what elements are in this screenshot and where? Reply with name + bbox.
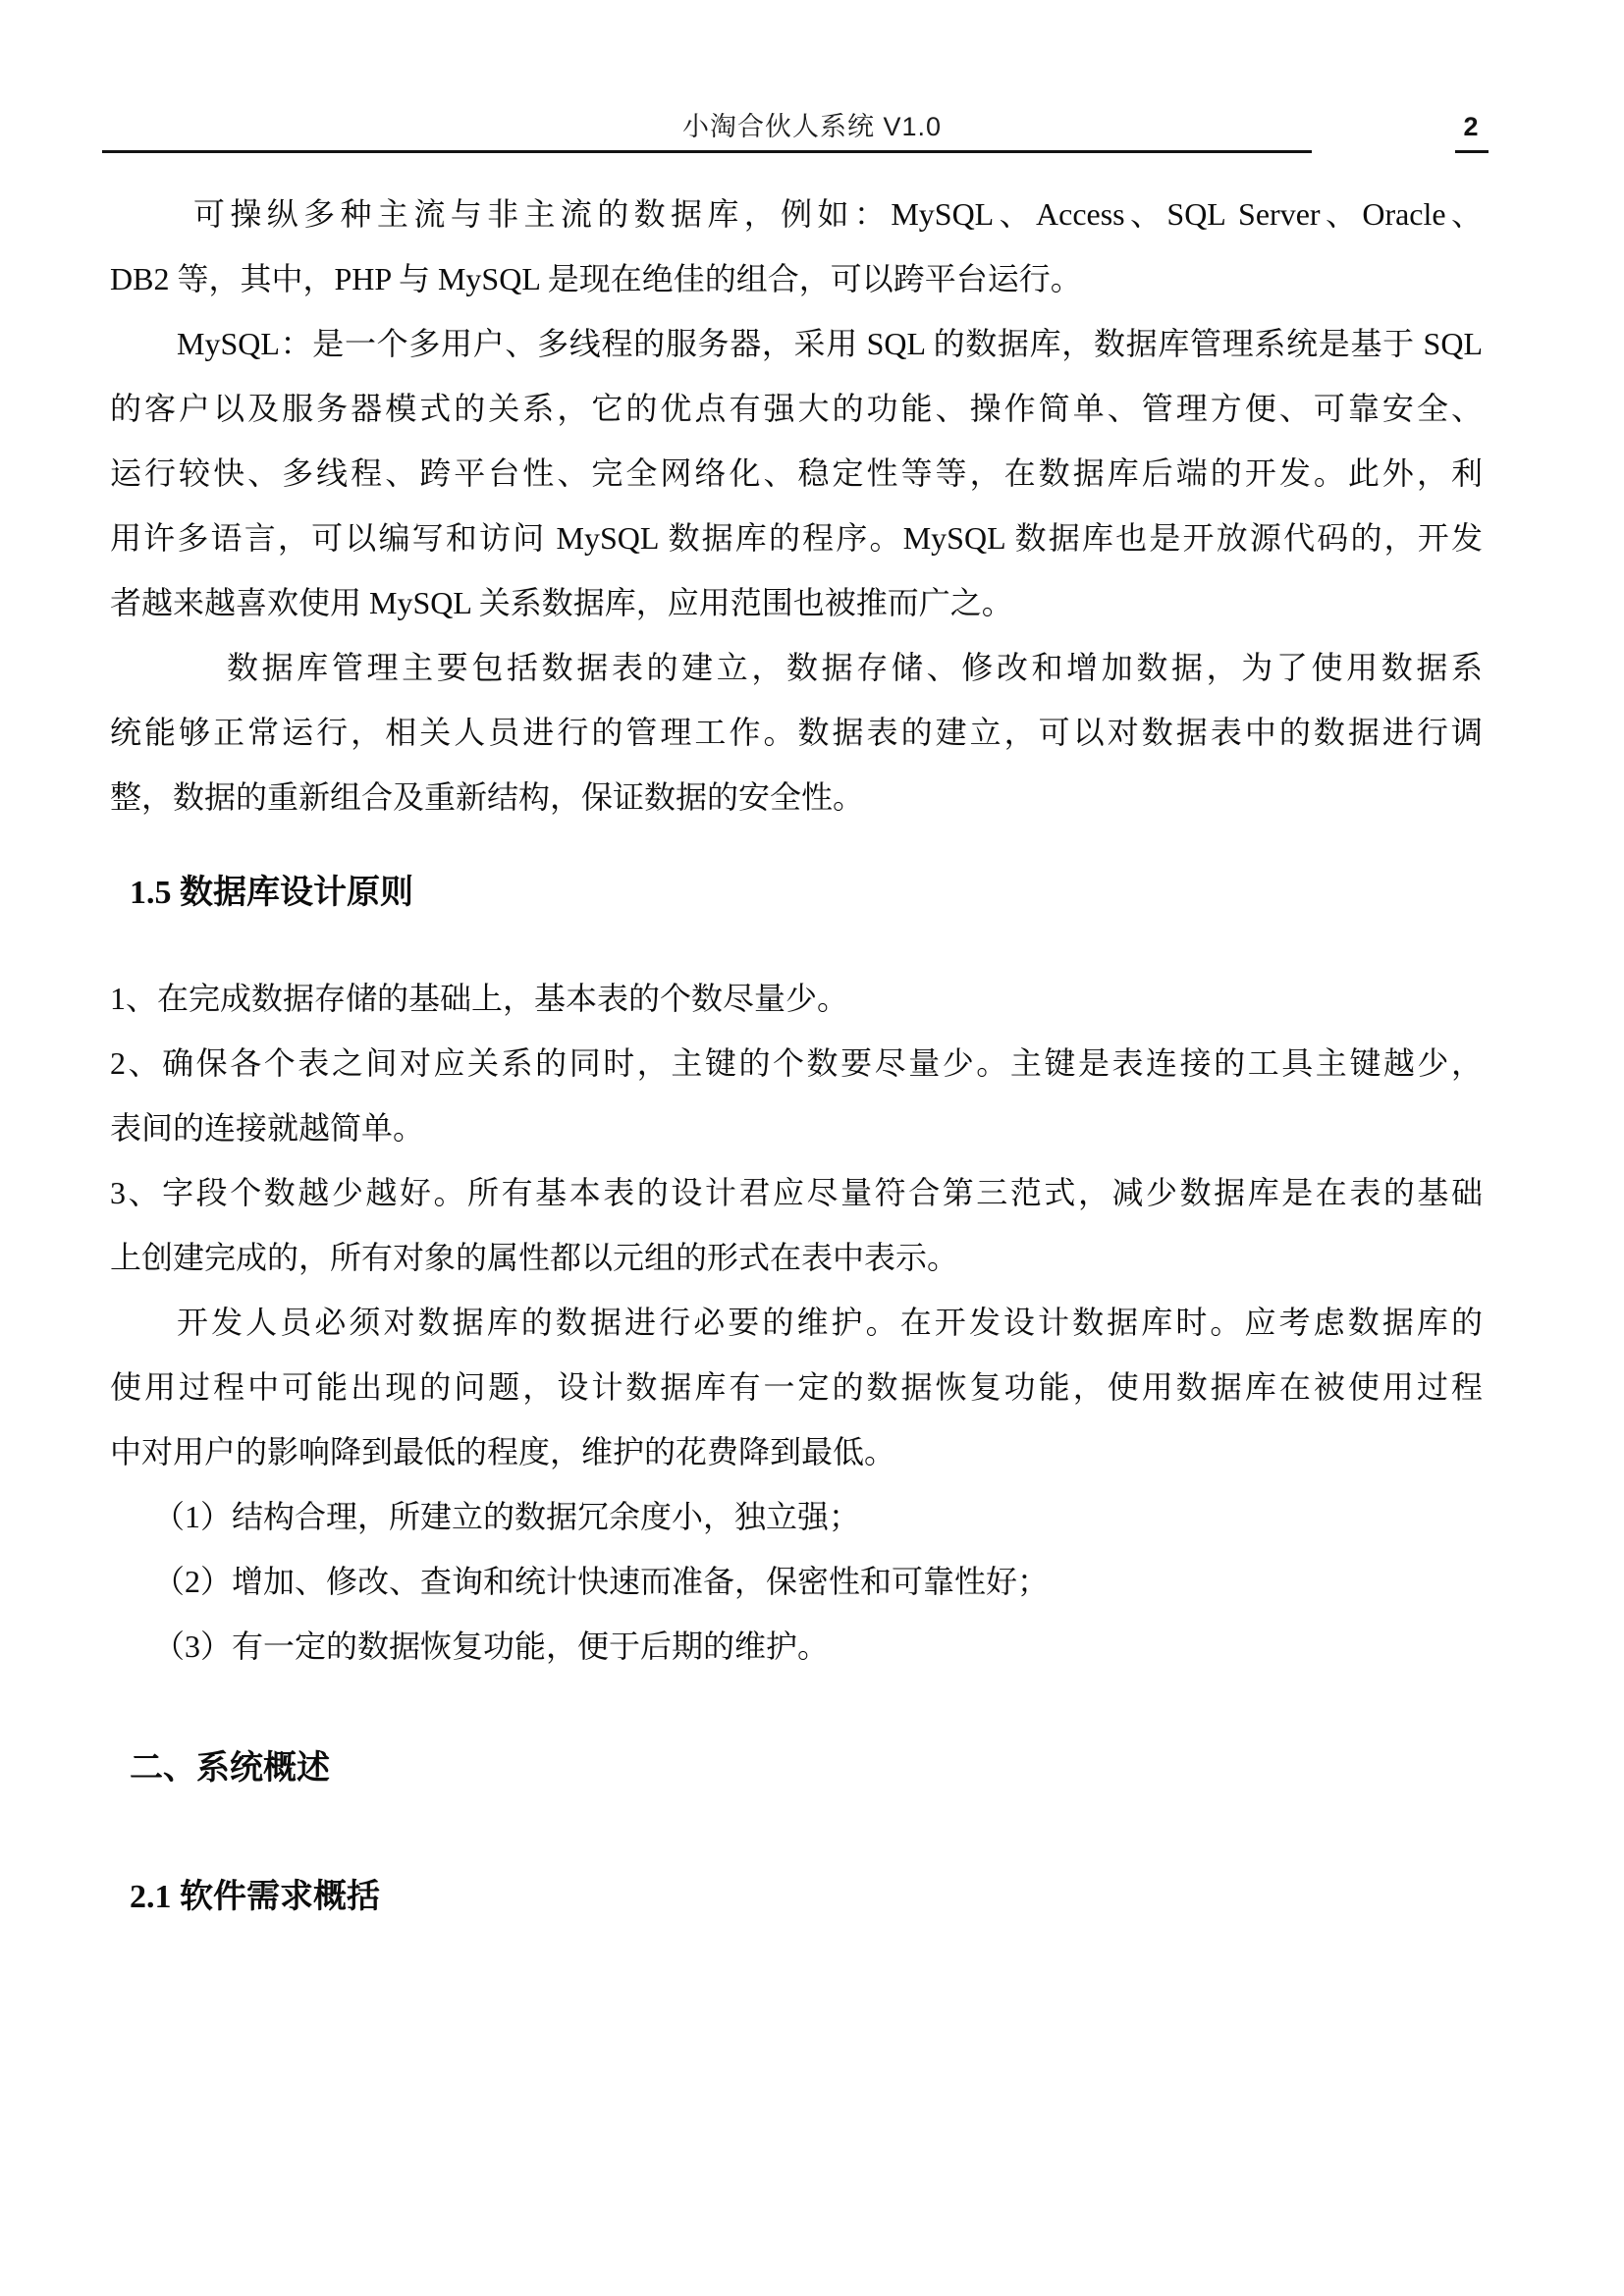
text-line: 可操纵多种主流与非主流的数据库，例如：MySQL、Access、SQL Serv… (110, 182, 1483, 246)
text-line: 1、在完成数据存储的基础上，基本表的个数尽量少。 (110, 966, 1483, 1031)
document-page: 小淘合伙人系统 V1.0 2 可操纵多种主流与非主流的数据库，例如：MySQL、… (0, 0, 1624, 2296)
text-line: DB2 等，其中，PHP 与 MySQL 是现在绝佳的组合，可以跨平台运行。 (110, 246, 1483, 311)
document-body: 可操纵多种主流与非主流的数据库，例如：MySQL、Access、SQL Serv… (110, 182, 1483, 1922)
text-line: MySQL：是一个多用户、多线程的服务器，采用 SQL 的数据库，数据库管理系统… (110, 311, 1483, 376)
text-line: （1）结构合理，所建立的数据冗余度小，独立强； (110, 1484, 1483, 1549)
header-doc-title: 小淘合伙人系统 V1.0 (0, 110, 1624, 143)
text-line: 上创建完成的，所有对象的属性都以元组的形式在表中表示。 (110, 1225, 1483, 1290)
section-heading-1-5: 1.5 数据库设计原则 (110, 869, 1483, 918)
header-rule (102, 150, 1312, 153)
text-line: 表间的连接就越简单。 (110, 1095, 1483, 1160)
text-line: （2）增加、修改、查询和统计快速而准备，保密性和可靠性好； (110, 1549, 1483, 1614)
page-number: 2 (1441, 110, 1500, 143)
text-line: 开发人员必须对数据库的数据进行必要的维护。在开发设计数据库时。应考虑数据库的 (110, 1290, 1483, 1355)
section-heading-2: 二、系统概述 (110, 1744, 1483, 1793)
text-line: 统能够正常运行，相关人员进行的管理工作。数据表的建立，可以对数据表中的数据进行调 (110, 700, 1483, 765)
section-heading-2-1: 2.1 软件需求概括 (110, 1873, 1483, 1922)
page-number-underline (1455, 150, 1489, 153)
text-line: 使用过程中可能出现的问题，设计数据库有一定的数据恢复功能，使用数据库在被使用过程 (110, 1355, 1483, 1419)
text-line: 中对用户的影响降到最低的程度，维护的花费降到最低。 (110, 1419, 1483, 1484)
text-line: 整，数据的重新组合及重新结构，保证数据的安全性。 (110, 765, 1483, 829)
text-line: 2、确保各个表之间对应关系的同时，主键的个数要尽量少。主键是表连接的工具主键越少… (110, 1031, 1483, 1095)
text-line: 的客户以及服务器模式的关系，它的优点有强大的功能、操作简单、管理方便、可靠安全、 (110, 376, 1483, 441)
text-line: 者越来越喜欢使用 MySQL 关系数据库，应用范围也被推而广之。 (110, 570, 1483, 635)
text-line: 3、字段个数越少越好。所有基本表的设计君应尽量符合第三范式，减少数据库是在表的基… (110, 1160, 1483, 1225)
text-line: 数据库管理主要包括数据表的建立，数据存储、修改和增加数据，为了使用数据系 (110, 635, 1483, 700)
text-line: （3）有一定的数据恢复功能，便于后期的维护。 (110, 1614, 1483, 1679)
text-line: 用许多语言，可以编写和访问 MySQL 数据库的程序。MySQL 数据库也是开放… (110, 506, 1483, 570)
text-line: 运行较快、多线程、跨平台性、完全网络化、稳定性等等，在数据库后端的开发。此外，利 (110, 441, 1483, 506)
